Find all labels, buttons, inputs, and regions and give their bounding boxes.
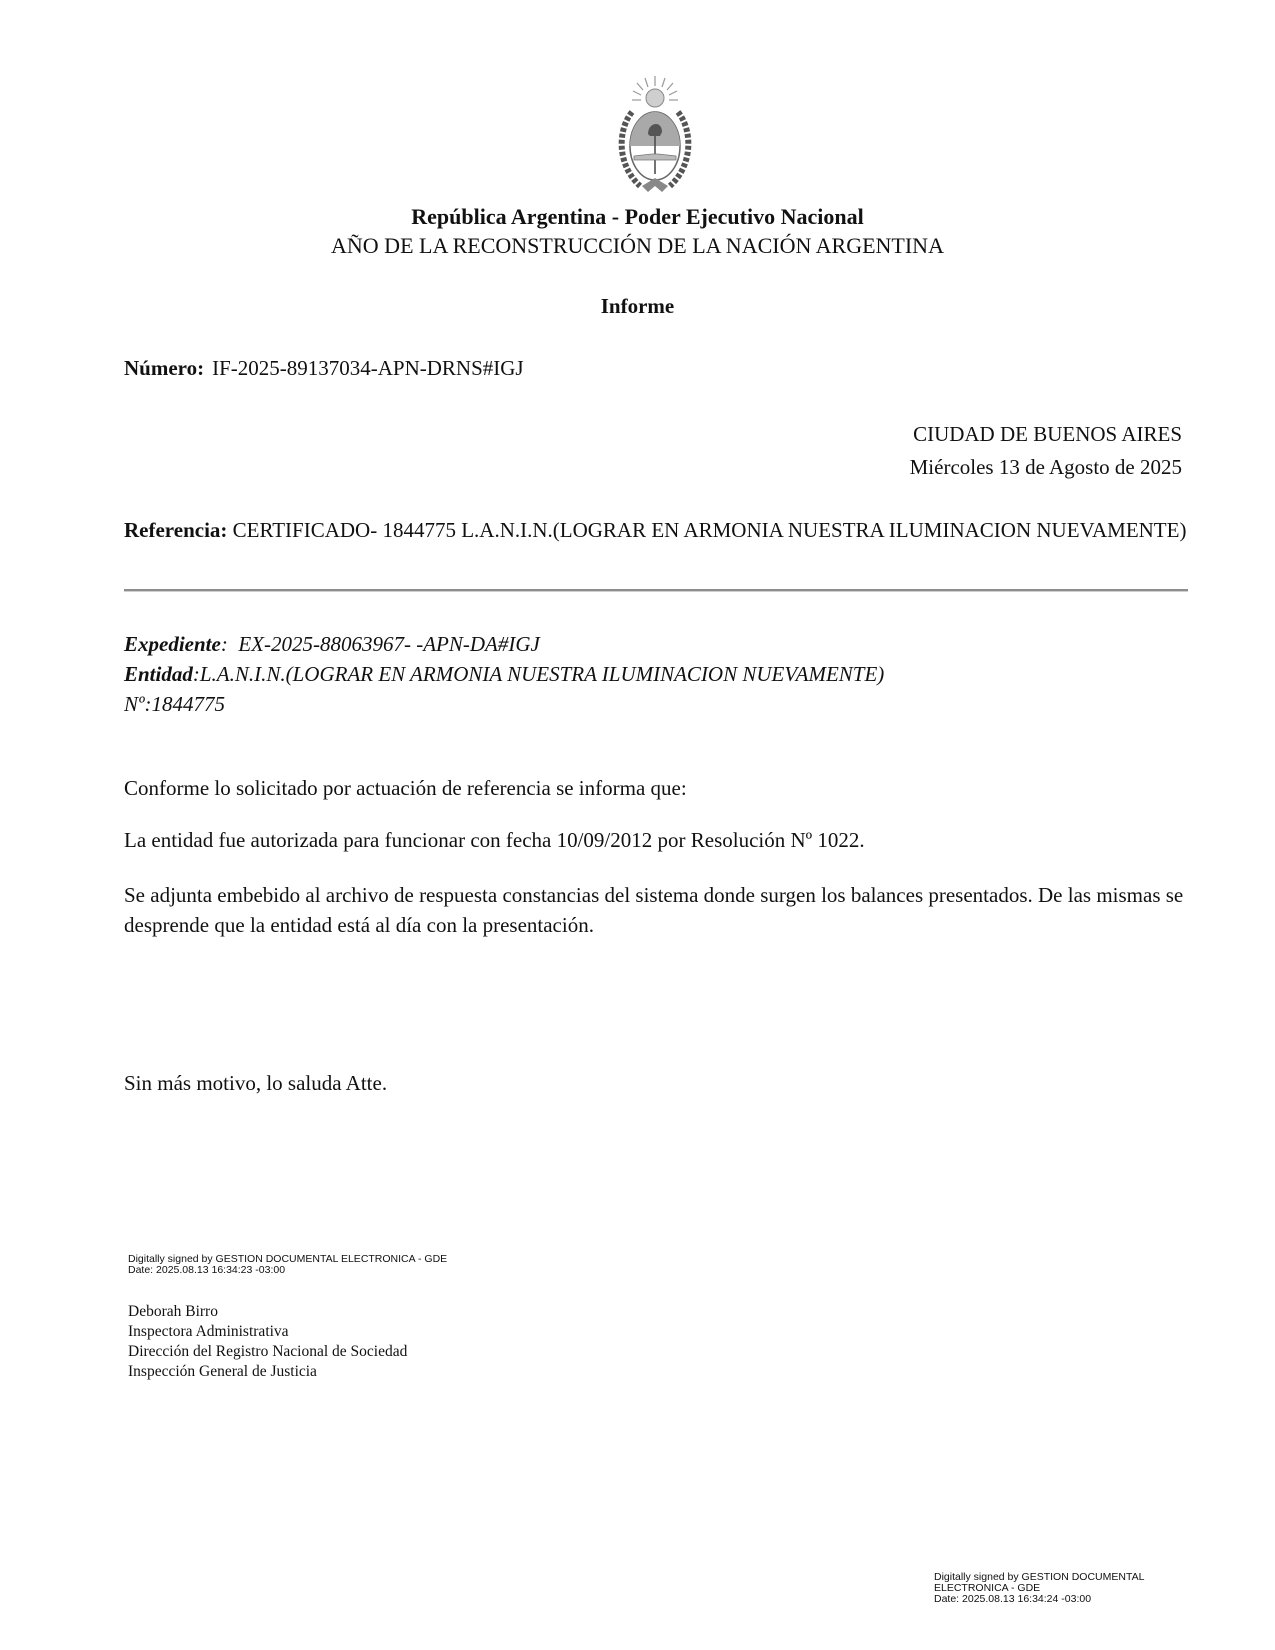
signer-department: Dirección del Registro Nacional de Socie… xyxy=(128,1342,407,1362)
closing-line: Sin más motivo, lo saluda Atte. xyxy=(124,1071,387,1096)
header-title: República Argentina - Poder Ejecutivo Na… xyxy=(0,204,1275,230)
document-city: CIUDAD DE BUENOS AIRES xyxy=(913,422,1182,447)
signer-block: Deborah Birro Inspectora Administrativa … xyxy=(128,1302,407,1382)
header-year-motto: AÑO DE LA RECONSTRUCCIÓN DE LA NACIÓN AR… xyxy=(0,233,1275,259)
section-divider xyxy=(124,589,1188,592)
document-number-label: Número: xyxy=(124,356,204,380)
digital-signature-date: Date: 2025.08.13 16:34:23 -03:00 xyxy=(128,1265,447,1276)
entity-number-line: Nº:1844775 xyxy=(124,692,225,717)
document-date: Miércoles 13 de Agosto de 2025 xyxy=(910,455,1182,480)
signer-position: Inspectora Administrativa xyxy=(128,1322,407,1342)
body-paragraph: Se adjunta embebido al archivo de respue… xyxy=(124,880,1184,940)
document-type: Informe xyxy=(0,294,1275,319)
body-paragraph: Conforme lo solicitado por actuación de … xyxy=(124,776,687,801)
entidad-line: Entidad:L.A.N.I.N.(LOGRAR EN ARMONIA NUE… xyxy=(124,662,884,687)
expediente-label: Expediente xyxy=(124,632,221,656)
footer-digital-signature-stamp: Digitally signed by GESTION DOCUMENTAL E… xyxy=(934,1572,1144,1605)
expediente-value: : EX-2025-88063967- -APN-DA#IGJ xyxy=(221,632,540,656)
document-number: Número:IF-2025-89137034-APN-DRNS#IGJ xyxy=(124,356,524,381)
reference-value: CERTIFICADO- 1844775 L.A.N.I.N.(LOGRAR E… xyxy=(233,518,1187,542)
footer-signature-date: Date: 2025.08.13 16:34:24 -03:00 xyxy=(934,1594,1144,1605)
digital-signature-stamp: Digitally signed by GESTION DOCUMENTAL E… xyxy=(128,1254,447,1276)
entidad-value: :L.A.N.I.N.(LOGRAR EN ARMONIA NUESTRA IL… xyxy=(193,662,884,686)
document-reference: Referencia: CERTIFICADO- 1844775 L.A.N.I… xyxy=(124,516,1189,545)
entity-number-value: :1844775 xyxy=(145,692,226,716)
signer-organization: Inspección General de Justicia xyxy=(128,1362,407,1382)
expediente-line: Expediente: EX-2025-88063967- -APN-DA#IG… xyxy=(124,632,540,657)
signer-name: Deborah Birro xyxy=(128,1302,407,1322)
entity-number-label: Nº xyxy=(124,692,145,716)
entidad-label: Entidad xyxy=(124,662,193,686)
document-number-value: IF-2025-89137034-APN-DRNS#IGJ xyxy=(212,356,524,380)
argentina-coat-of-arms-icon xyxy=(612,74,698,204)
reference-label: Referencia: xyxy=(124,518,227,542)
body-paragraph: La entidad fue autorizada para funcionar… xyxy=(124,828,865,853)
